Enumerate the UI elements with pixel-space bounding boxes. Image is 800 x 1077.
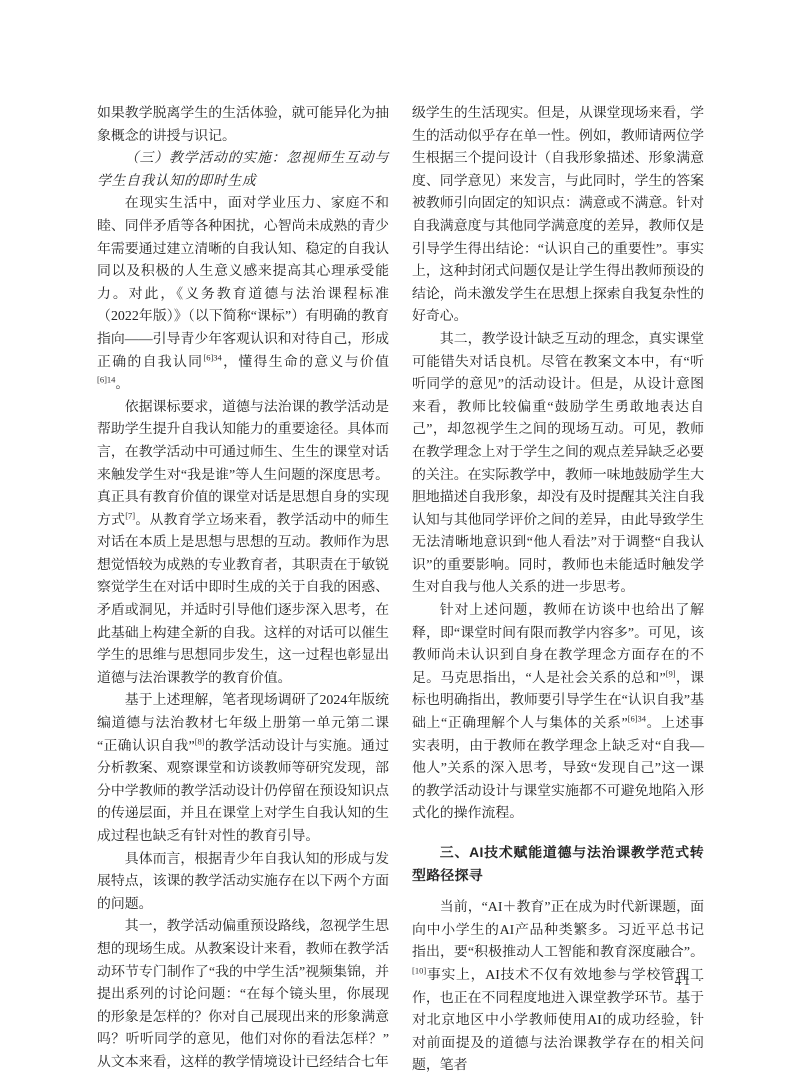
page-number: · 41 · <box>412 973 704 989</box>
paragraph: 其二，教学设计缺乏互动的理念，真实课堂可能错失对话良机。尽管在教案文本中，有“听… <box>412 329 704 600</box>
citation-marker: [9] <box>666 668 676 678</box>
section-heading: 三、AI技术赋能道德与法治课教学范式转型路径探寻 <box>412 841 704 886</box>
article-column-right: 级学生的生活现实。但是，从课堂现场来看，学生的活动似乎存在单一性。例如，教师请两… <box>412 103 704 1077</box>
citation-marker: [6]34 <box>203 352 221 362</box>
paragraph: 基于上述理解，笔者现场调研了2024年版统编道德与法治教材七年级上册第一单元第二… <box>97 690 389 848</box>
paragraph: 如果教学脱离学生的生活体验，就可能异化为抽象概念的讲授与识记。 <box>97 103 389 148</box>
paragraph: 级学生的生活现实。但是，从课堂现场来看，学生的活动似乎存在单一性。例如，教师请两… <box>412 103 704 329</box>
paragraph: 其一，教学活动偏重预设路线，忽视学生思想的现场生成。从教案设计来看，教师在教学活… <box>97 916 389 1074</box>
subsection-heading: （三）教学活动的实施：忽视师生互动与学生自我认知的即时生成 <box>97 148 389 193</box>
citation-marker: [8] <box>195 736 205 746</box>
citation-marker: [6]14 <box>97 375 115 385</box>
citation-marker: [7] <box>125 510 135 520</box>
paragraph: 在现实生活中，面对学业压力、家庭不和睦、同伴矛盾等各种困扰，心智尚未成熟的青少年… <box>97 193 389 396</box>
paragraph: 具体而言，根据青少年自我认知的形成与发展特点，该课的教学活动实施存在以下两个方面… <box>97 849 389 917</box>
page: 如果教学脱离学生的生活体验，就可能异化为抽象概念的讲授与识记。（三）教学活动的实… <box>0 0 800 1077</box>
citation-marker: [6]34 <box>628 713 646 723</box>
article-column-left: 如果教学脱离学生的生活体验，就可能异化为抽象概念的讲授与识记。（三）教学活动的实… <box>97 103 389 1075</box>
paragraph: 依据课标要求，道德与法治课的教学活动是帮助学生提升自我认知能力的重要途径。具体而… <box>97 397 389 691</box>
paragraph: 针对上述问题，教师在访谈中也给出了解释，即“课堂时间有限而教学内容多”。可见，该… <box>412 600 704 826</box>
